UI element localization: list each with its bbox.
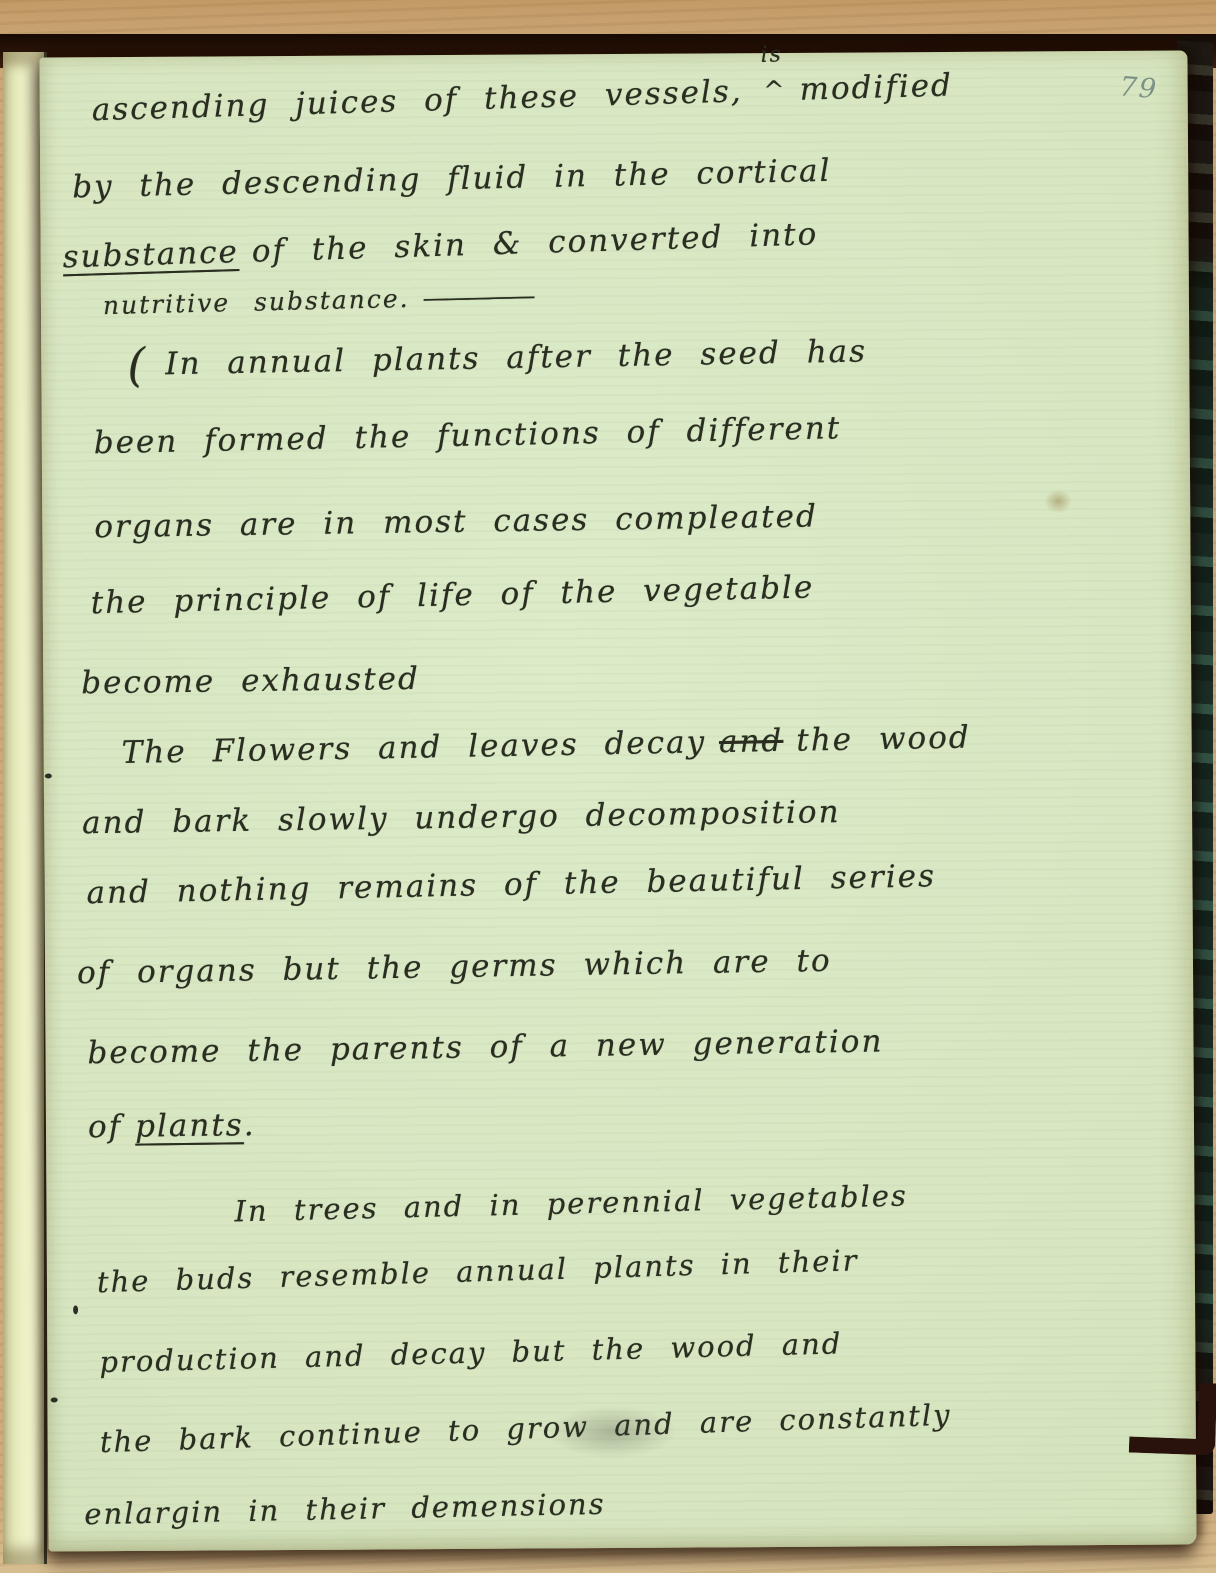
manuscript-line: by the descending fluid in the cortical xyxy=(72,153,832,206)
line-text: production and decay but the wood and xyxy=(99,1326,843,1379)
line-text: organs are in most cases compleated xyxy=(94,498,818,545)
manuscript-line: nutritive substance.————— xyxy=(103,281,533,320)
manuscript-line: the principle of life of the vegetable xyxy=(90,569,814,621)
line-text: been formed the functions of different xyxy=(93,410,841,461)
underlined-word: substance xyxy=(62,234,239,275)
caret-mark: ^ xyxy=(763,75,787,105)
line-text: of organs but the germs which are to xyxy=(77,943,832,992)
line-text: In annual plants after the seed has xyxy=(165,333,867,382)
manuscript-line: The Flowers and leaves decayandthe wood xyxy=(121,719,971,771)
line-text: ascending juices of these vessels, xyxy=(91,73,743,128)
line-text: by the descending fluid in the cortical xyxy=(72,153,832,206)
line-text: and bark slowly undergo decomposition xyxy=(82,794,841,841)
manuscript-line: and bark slowly undergo decomposition xyxy=(82,794,841,841)
line-text: become exhausted xyxy=(81,661,420,701)
manuscript-line: ascending juices of these vessels,is^mod… xyxy=(91,64,953,128)
manuscript-line: of organs but the germs which are to xyxy=(77,943,832,992)
line-text: become the parents of a new generation xyxy=(87,1023,883,1071)
inserted-word: is xyxy=(760,42,783,68)
line-text: of the skin & converted into xyxy=(251,216,819,269)
underlined-word: plants xyxy=(135,1107,244,1144)
line-text: The Flowers and leaves decay xyxy=(121,724,706,771)
manuscript-line: been formed the functions of different xyxy=(93,410,841,461)
line-text: In trees and in perennial vegetables xyxy=(234,1178,908,1228)
line-text: of xyxy=(88,1109,123,1145)
ink-speck xyxy=(45,773,52,778)
line-text: nutritive substance. xyxy=(103,284,410,320)
manuscript-page: 79 ascending juices of these vessels,is^… xyxy=(39,51,1196,1552)
line-text: the bark continue to grow and are consta… xyxy=(99,1398,952,1459)
manuscript-line: enlargin in their demensions xyxy=(84,1487,606,1531)
manuscript-line: become the parents of a new generation xyxy=(87,1023,883,1071)
struck-word: and xyxy=(719,723,784,760)
line-text: the principle of life of the vegetable xyxy=(90,569,814,621)
manuscript-line: become exhausted xyxy=(81,661,420,701)
pencil-page-number: 79 xyxy=(1118,71,1159,105)
manuscript-line: In trees and in perennial vegetables xyxy=(234,1178,908,1228)
line-text: modified xyxy=(799,67,953,107)
opening-bracket: ( xyxy=(127,338,148,392)
book-cover-bottom-corner xyxy=(1129,1381,1216,1456)
manuscript-line: (In annual plants after the seed has xyxy=(127,333,867,383)
line-text: enlargin in their demensions xyxy=(84,1487,606,1531)
manuscript-line: the bark continue to grow and are consta… xyxy=(99,1398,952,1459)
line-text: . xyxy=(243,1107,255,1143)
photographed-manuscript: { "meta": { "page_number": "79" }, "colo… xyxy=(0,0,1216,1573)
line-text: and nothing remains of the beautiful ser… xyxy=(86,858,936,911)
manuscript-line: ofplants. xyxy=(88,1107,256,1145)
manuscript-line: the buds resemble annual plants in their xyxy=(96,1243,859,1299)
line-text: the buds resemble annual plants in their xyxy=(96,1243,859,1299)
ink-speck xyxy=(73,1305,78,1314)
paper-stain xyxy=(1044,489,1072,513)
ink-speck xyxy=(51,1397,58,1402)
manuscript-line: and nothing remains of the beautiful ser… xyxy=(86,858,936,911)
line-text: the wood xyxy=(796,719,971,758)
manuscript-line: substanceof the skin & converted into xyxy=(62,216,819,275)
manuscript-line: organs are in most cases compleated xyxy=(94,498,818,545)
manuscript-line: production and decay but the wood and xyxy=(99,1326,843,1379)
interline-insertion: is^ xyxy=(755,69,792,101)
long-dash: ————— xyxy=(422,281,533,313)
